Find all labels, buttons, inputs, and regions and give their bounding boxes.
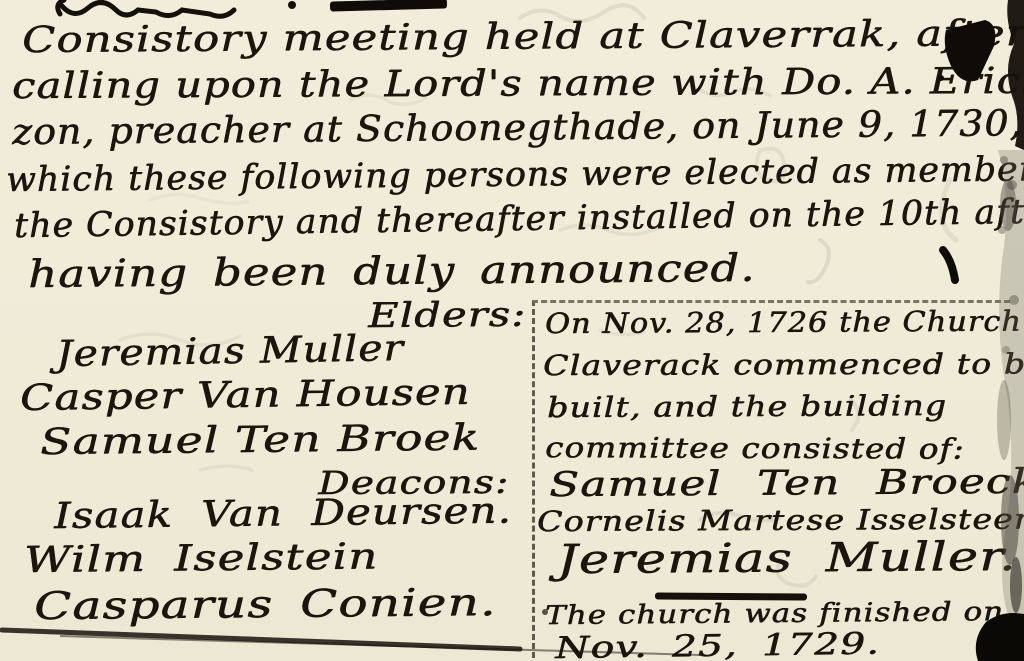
bottom-smudge-line (2, 630, 520, 649)
elder-name: Jeremias Muller (56, 328, 405, 375)
paragraph-line: zon, preacher at Schoonegthade, on June … (12, 103, 1024, 153)
note-closing-line: Nov. 25, 1729. (555, 626, 880, 661)
elder-name: Samuel Ten Broek (40, 417, 481, 463)
note-line: On Nov. 28, 1726 the Church at (545, 304, 1024, 340)
note-line: committee consisted of: (545, 431, 965, 465)
paragraph-line: calling upon the Lord's name with Do. A.… (12, 61, 1024, 107)
deacon-name: Wilm Iselstein (24, 536, 379, 581)
deacon-name: Isaak Van Deursen. (54, 490, 512, 537)
heavy-dash-mark (330, 0, 447, 12)
scanned-document-page: Consistory meeting held at Claverrak, af… (0, 0, 1024, 661)
paragraph-line: which these following persons were elect… (6, 149, 1024, 200)
elder-name: Casper Van Housen (20, 372, 471, 419)
note-line: Claverack commenced to be (543, 347, 1024, 382)
note-closing-line: The church was finished on (545, 597, 1004, 631)
deacon-name: Casparus Conien. (34, 580, 497, 628)
committee-member-name: Samuel Ten Broeck. (549, 461, 1024, 505)
slash-mark (943, 250, 955, 280)
paragraph-line: having been duly announced. (28, 246, 756, 296)
paragraph-line: the Consistory and thereafter installed … (14, 191, 1024, 246)
paragraph-line: Consistory meeting held at Claverrak, af… (22, 13, 1024, 61)
building-note-box: On Nov. 28, 1726 the Church at Claverack… (532, 300, 1010, 658)
note-line: built, and the building (547, 389, 947, 424)
committee-member-name: Jeremias Muller. (557, 534, 1017, 583)
committee-member-name: Cornelis Martese Isselsteen (537, 502, 1024, 538)
